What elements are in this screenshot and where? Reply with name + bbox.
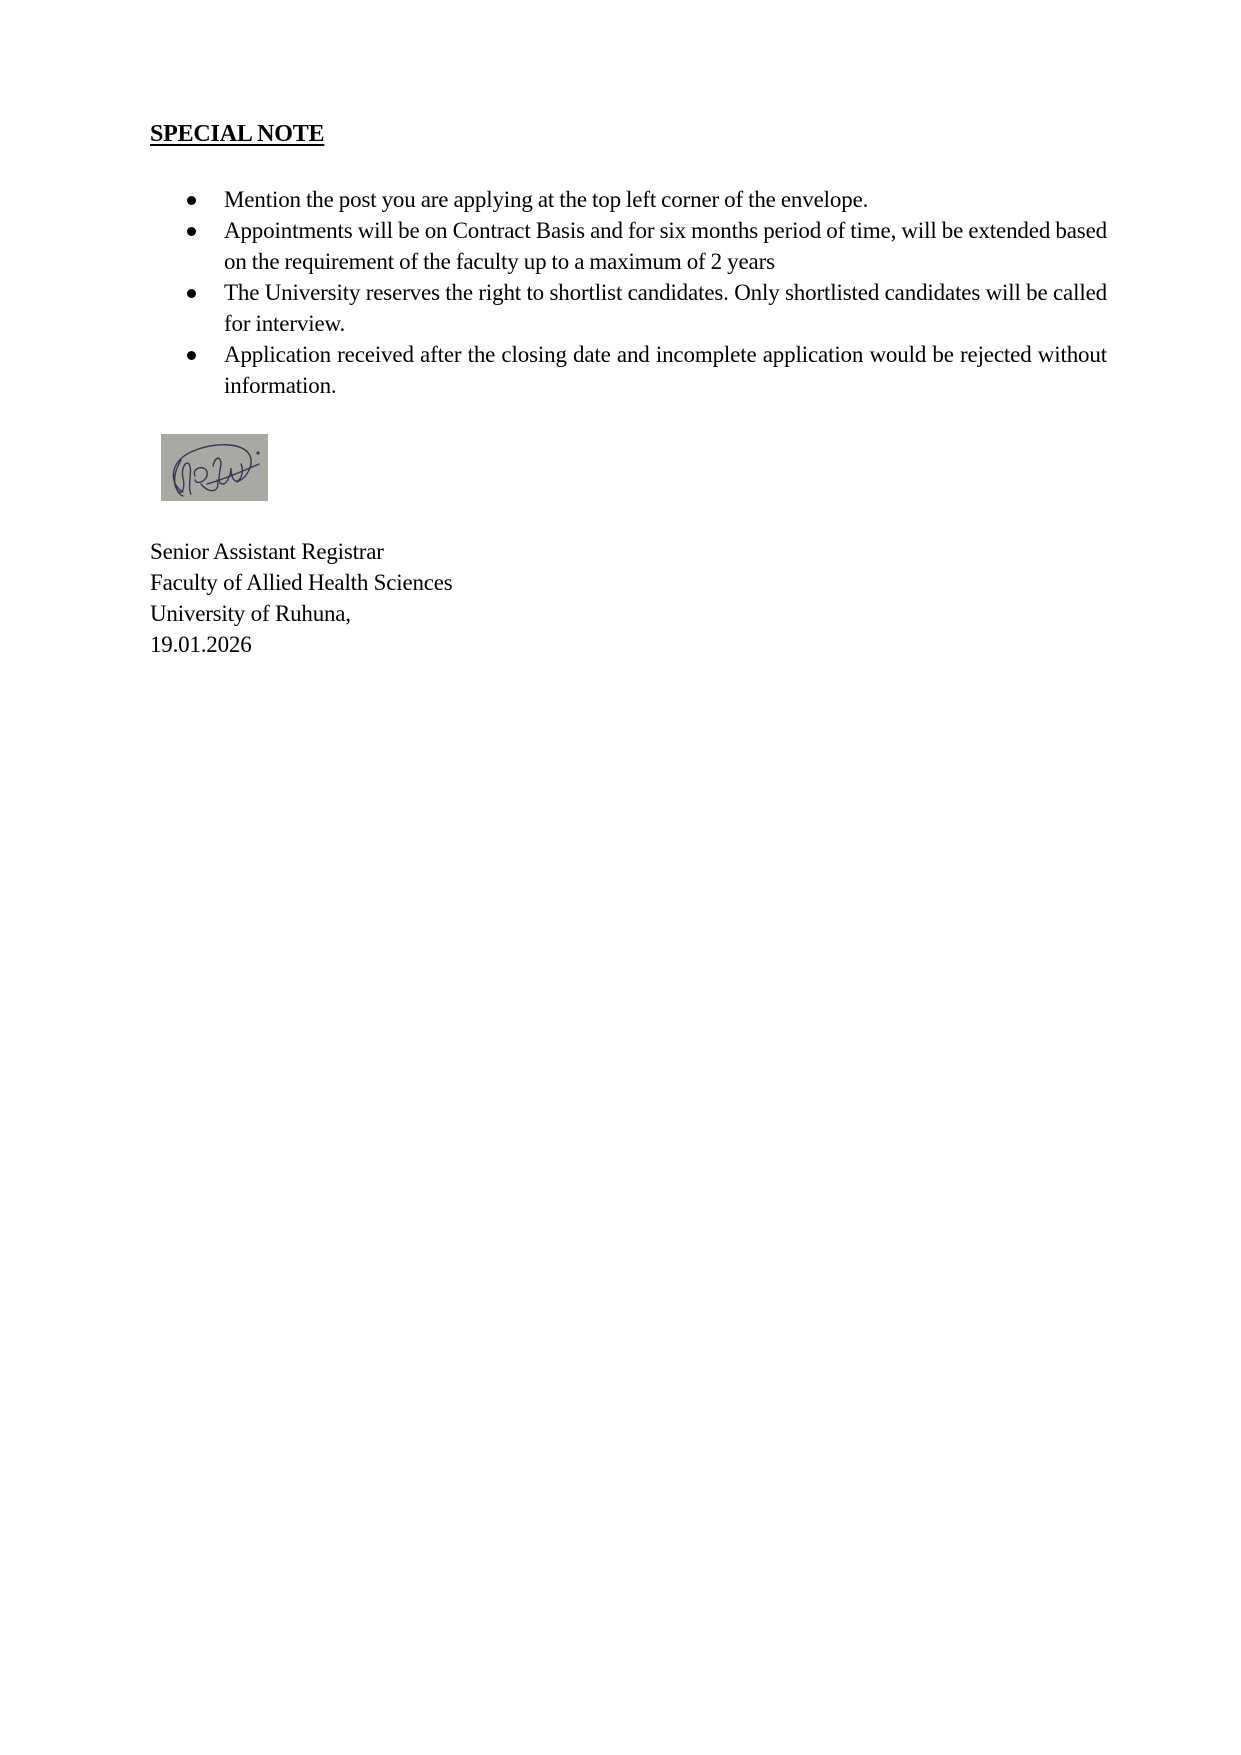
- special-note-heading: SPECIAL NOTE: [150, 120, 324, 148]
- bullet-icon: [187, 277, 197, 308]
- signatory-university: University of Ruhuna,: [150, 598, 453, 629]
- note-item: Application received after the closing d…: [150, 339, 1107, 401]
- bullet-icon: [187, 184, 197, 215]
- note-text: Appointments will be on Contract Basis a…: [224, 215, 1107, 277]
- bullet-icon: [187, 339, 197, 370]
- bullet-icon: [187, 215, 197, 246]
- signatory-block: Senior Assistant Registrar Faculty of Al…: [150, 536, 453, 660]
- signature-image: [161, 434, 268, 501]
- note-text: Application received after the closing d…: [224, 339, 1107, 401]
- note-item: The University reserves the right to sho…: [150, 277, 1107, 339]
- note-text: Mention the post you are applying at the…: [224, 184, 1107, 215]
- signatory-faculty: Faculty of Allied Health Sciences: [150, 567, 453, 598]
- signatory-date: 19.01.2026: [150, 629, 453, 660]
- note-item: Appointments will be on Contract Basis a…: [150, 215, 1107, 277]
- note-item: Mention the post you are applying at the…: [150, 184, 1107, 215]
- signatory-title: Senior Assistant Registrar: [150, 536, 453, 567]
- special-note-list: Mention the post you are applying at the…: [150, 184, 1107, 401]
- note-text: The University reserves the right to sho…: [224, 277, 1107, 339]
- signature-icon: [161, 434, 268, 501]
